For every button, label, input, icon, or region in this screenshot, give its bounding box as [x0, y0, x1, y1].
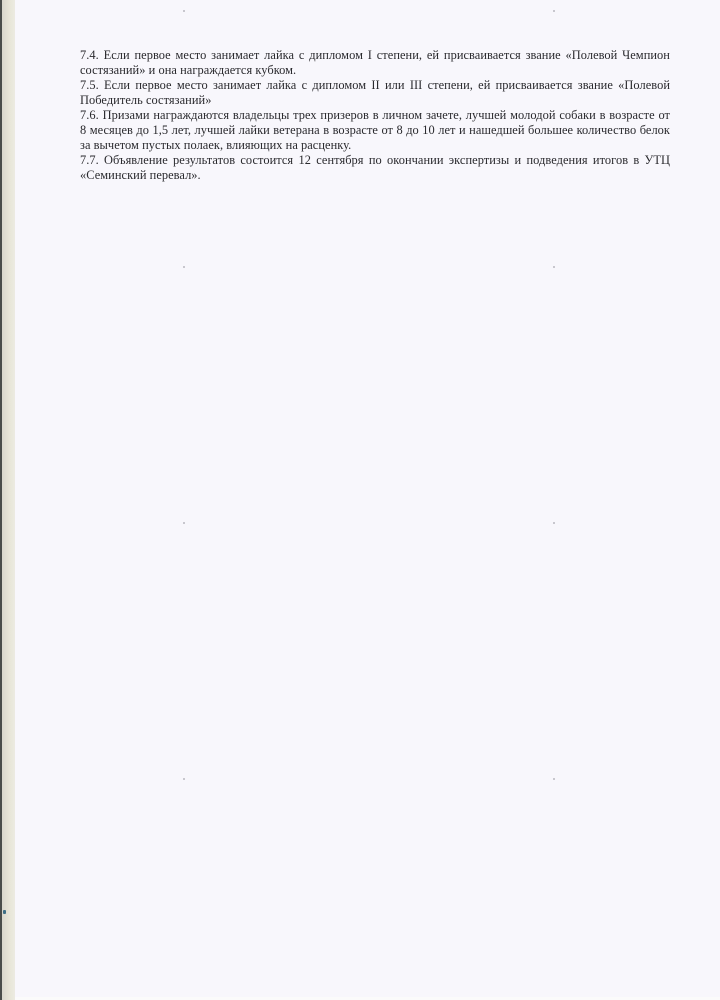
scan-border-strip — [2, 0, 15, 1000]
scan-speck — [553, 10, 555, 12]
paragraph-7-7: 7.7. Объявление результатов состоится 12… — [80, 153, 670, 183]
scan-speck — [553, 778, 555, 780]
scan-speck — [183, 522, 185, 524]
paragraph-7-6: 7.6. Призами награждаются владельцы трех… — [80, 108, 670, 153]
document-body: 7.4. Если первое место занимает лайка с … — [80, 48, 670, 183]
scan-speck — [183, 10, 185, 12]
scan-speck — [553, 522, 555, 524]
scan-speck — [553, 266, 555, 268]
scan-speck — [183, 778, 185, 780]
scan-speck — [3, 910, 6, 914]
paragraph-7-5: 7.5. Если первое место занимает лайка с … — [80, 78, 670, 108]
scan-speck — [183, 266, 185, 268]
paragraph-7-4: 7.4. Если первое место занимает лайка с … — [80, 48, 670, 78]
